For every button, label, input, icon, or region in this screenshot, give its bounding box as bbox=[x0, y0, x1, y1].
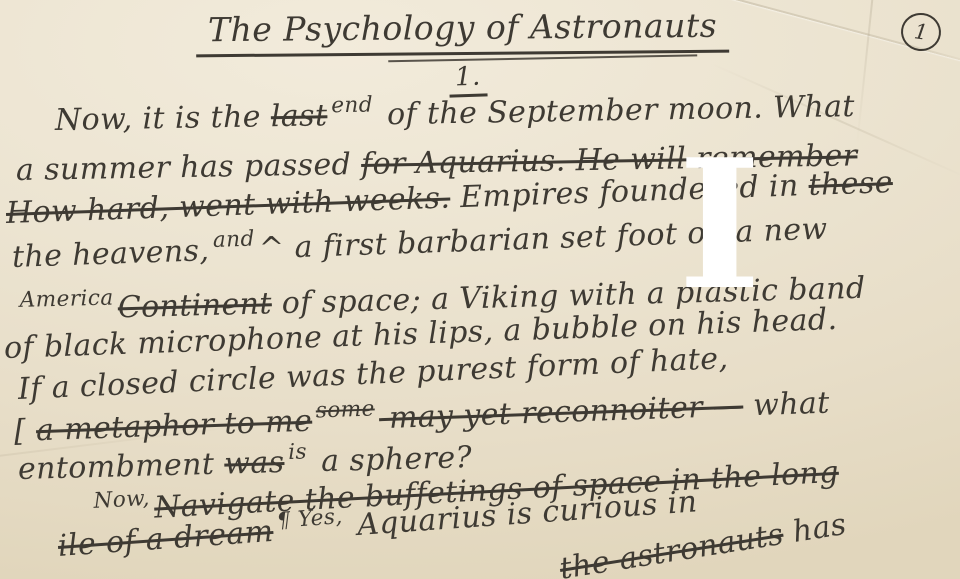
text-segment-struck: these bbox=[808, 165, 893, 203]
text-segment-normal: what bbox=[743, 386, 831, 424]
text-segment-struck: may yet reconnoiter — bbox=[378, 389, 743, 437]
white-overlay-letter-i: I bbox=[678, 136, 761, 314]
text-segment-struck: How hard, went with weeks. bbox=[5, 180, 450, 230]
text-segment-inserted: America bbox=[15, 285, 117, 313]
manuscript-page: The Psychology of Astronauts 1 1. Now, i… bbox=[0, 0, 960, 579]
text-segment-inserted-struck: some bbox=[311, 396, 379, 423]
text-segment-struck: Continent bbox=[117, 286, 272, 325]
text-segment-normal: a summer has passed bbox=[16, 147, 362, 188]
text-segment-inserted: Now, bbox=[89, 486, 155, 514]
text-segment-struck: a metaphor to me bbox=[35, 404, 312, 449]
text-segment-normal: [ bbox=[13, 413, 36, 449]
text-segment-normal: of the September moon. What bbox=[377, 89, 855, 132]
text-segment-normal: the heavens, bbox=[11, 233, 209, 275]
text-segment-normal: a sphere? bbox=[311, 440, 473, 479]
text-segment-normal: has bbox=[780, 507, 848, 552]
text-segment-struck: ile of a dream bbox=[57, 514, 275, 564]
manuscript-body: Now, it is the lastend of the September … bbox=[0, 0, 960, 579]
text-segment-inserted: ¶ Yes, bbox=[272, 504, 348, 534]
text-segment-struck: last bbox=[271, 98, 328, 134]
text-segment-struck: was bbox=[224, 445, 285, 482]
text-segment-inserted: and bbox=[208, 226, 259, 253]
text-segment-inserted: end bbox=[327, 92, 377, 118]
text-segment-normal: entombment bbox=[18, 447, 225, 487]
text-segment-inserted: is bbox=[284, 439, 311, 465]
text-segment-normal: Now, it is the bbox=[55, 99, 271, 138]
